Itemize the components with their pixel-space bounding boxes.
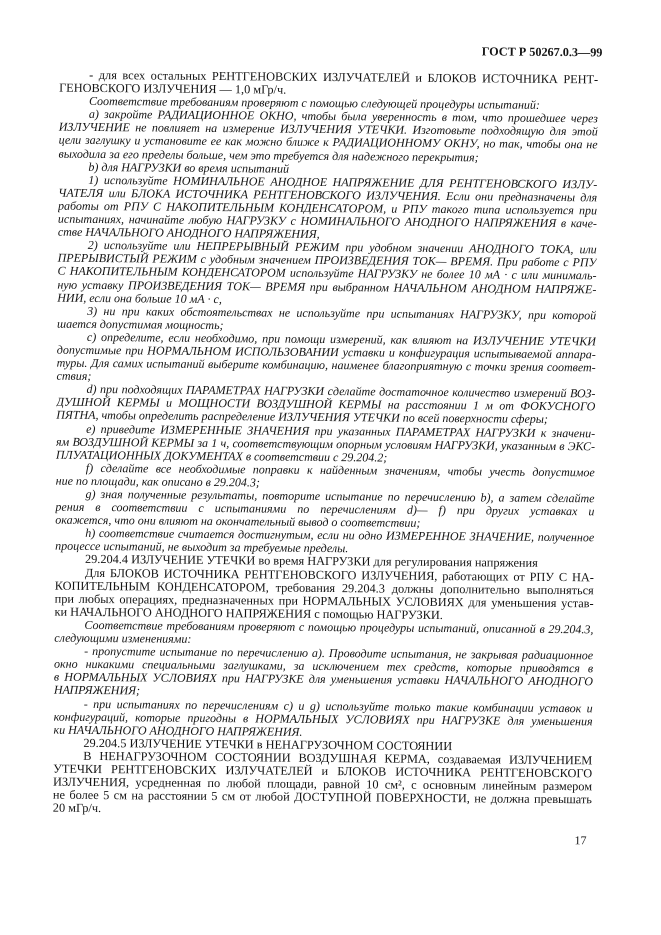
section-29-204-4-requirement: Для БЛОКОВ ИСТОЧНИКА РЕНТГЕНОВСКОГО ИЗЛУ… <box>54 566 593 623</box>
step-a-close-window: а) закройте РАДИАЦИОННОЕ ОКНО, чтобы был… <box>58 108 597 165</box>
step-g-repeat-tests: g) зная полученные результаты, повторите… <box>55 488 594 532</box>
section-29-204-5-requirement: В НЕНАГРУЗОЧНОМ СОСТОЯНИИ ВОЗДУШНАЯ КЕРМ… <box>53 750 593 820</box>
step-b1-nominal-voltage: 1) используйте НОМИНАЛЬНОЕ АНОДНОЕ НАПРЯ… <box>58 173 598 243</box>
modification-steps-c-g: - при испытаниях по перечислениям с) и g… <box>53 697 592 741</box>
step-c-settings-influence: c) определите, если необходимо, при помо… <box>57 331 596 388</box>
scanned-sheet: ГОСТ Р 50267.0.3—99 - для всех остальных… <box>0 0 661 935</box>
modification-skip-step-a: - пропустите испытание по перечислению а… <box>54 645 593 702</box>
document-code-header: ГОСТ Р 50267.0.3—99 <box>482 44 603 59</box>
step-b2-operating-mode: 2) используйте или НЕПРЕРЫВНЫЙ РЕЖИМ при… <box>57 239 597 309</box>
document-page: ГОСТ Р 50267.0.3—99 - для всех остальных… <box>0 0 661 935</box>
step-d-measurements: d) при подходящих ПАРАМЕТРАХ НАГРУЗКИ сд… <box>56 383 595 427</box>
document-body: - для всех остальных РЕНТГЕНОВСКИХ ИЗЛУЧ… <box>53 69 598 820</box>
step-e-normalize-values: e) приведите ИЗМЕРЕННЫЕ ЗНАЧЕНИЯ при ука… <box>56 422 595 466</box>
page-number: 17 <box>574 833 586 847</box>
